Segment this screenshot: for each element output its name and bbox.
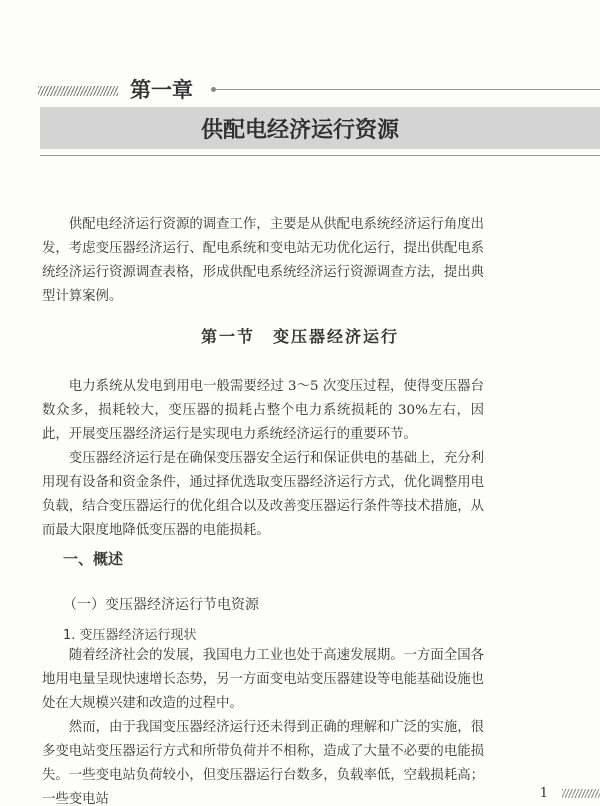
heading-current-status: 1. 变压器经济运行现状: [63, 624, 197, 643]
section-paragraph-1: 电力系统从发电到用电一般需要经过 3～5 次变压过程，使得变压器台数众多，损耗较…: [42, 375, 484, 447]
chapter-header: 第一章: [38, 74, 600, 104]
heading-energy-saving-resources: （一）变压器经济运行节电资源: [63, 594, 259, 614]
intro-paragraph: 供配电经济运行资源的调查工作，主要是从供配电系统经济运行角度出发，考虑变压器经济…: [42, 213, 484, 309]
hatch-decoration-icon: [38, 86, 118, 96]
page-number: 1: [540, 786, 548, 801]
subsection-paragraph-2: 然而，由于我国变压器经济运行还未得到正确的理解和广泛的实施，很多变电站变压器运行…: [42, 716, 484, 806]
page-footer: 1: [540, 786, 600, 800]
intro-text: 供配电经济运行资源的调查工作，主要是从供配电系统经济运行角度出发，考虑变压器经济…: [42, 213, 484, 309]
document-page: 第一章 供配电经济运行资源 供配电经济运行资源的调查工作，主要是从供配电系统经济…: [0, 0, 600, 806]
subsection-paragraph-1: 随着经济社会的发展，我国电力工业也处于高速发展期。一方面全国各地用电量呈现快速增…: [42, 644, 484, 716]
section-paragraph-2: 变压器经济运行是在确保变压器安全运行和保证供电的基础上，充分利用现有设备和资金条…: [42, 447, 484, 543]
section-title: 第一节 变压器经济运行: [0, 324, 600, 347]
banner-divider: [40, 155, 600, 156]
subsection-body: 随着经济社会的发展，我国电力工业也处于高速发展期。一方面全国各地用电量呈现快速增…: [42, 644, 484, 806]
hatch-decoration-icon: [562, 789, 600, 798]
chapter-title-banner: 供配电经济运行资源: [40, 107, 600, 149]
heading-overview: 一、概述: [63, 548, 123, 569]
chapter-rule: [216, 89, 600, 90]
chapter-label: 第一章: [130, 74, 193, 104]
chapter-title: 供配电经济运行资源: [201, 113, 399, 144]
section-body: 电力系统从发电到用电一般需要经过 3～5 次变压过程，使得变压器台数众多，损耗较…: [42, 375, 484, 543]
